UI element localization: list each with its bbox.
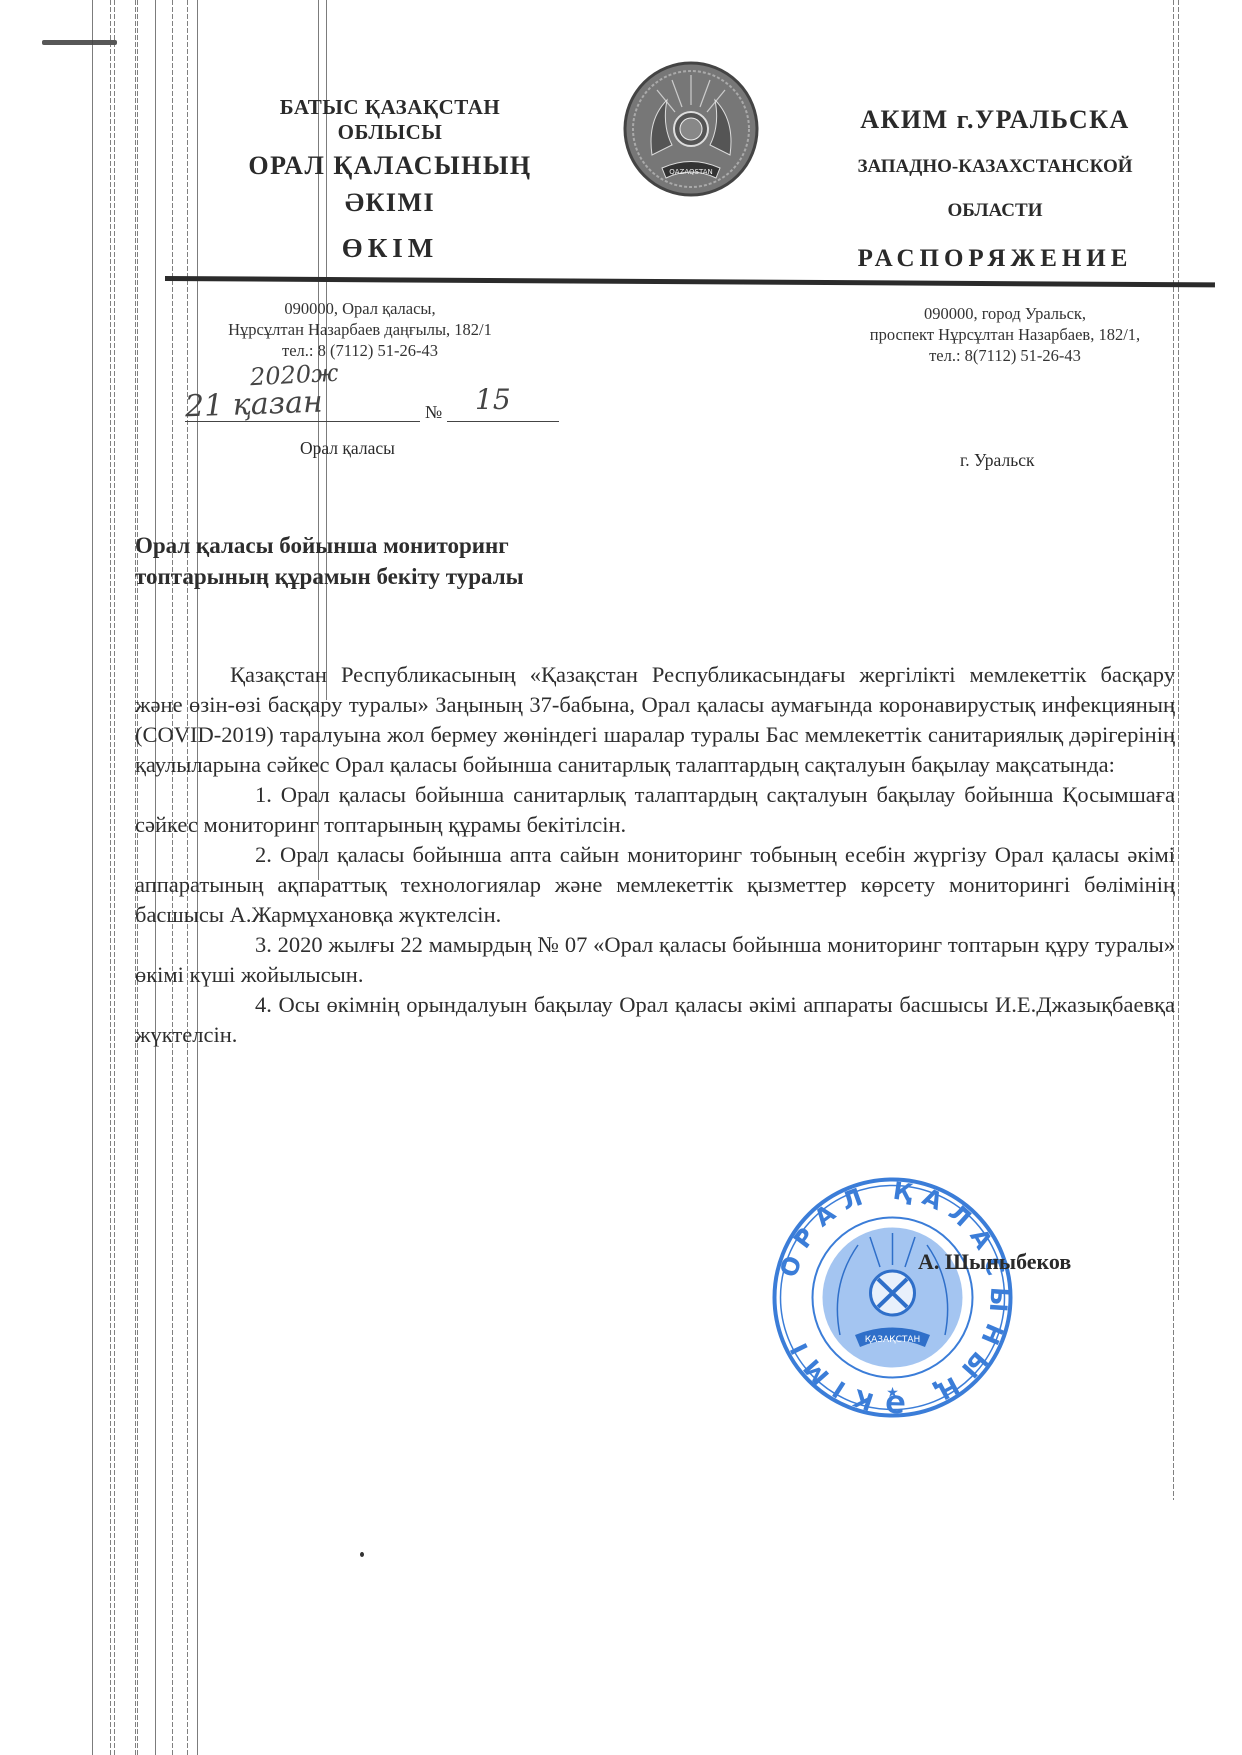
scan-line bbox=[110, 0, 111, 1755]
region-kz-line2: ОБЛЫСЫ bbox=[200, 120, 580, 145]
title-line2: топтарының құрамын бекіту туралы bbox=[135, 561, 524, 592]
signatory-name: А. Шыныбеков bbox=[918, 1249, 1071, 1275]
preamble: Қазақстан Республикасының «Қазақстан Рес… bbox=[135, 660, 1175, 780]
doc-type-kz: ӨКІМ bbox=[200, 233, 580, 264]
address-kazakh: 090000, Орал қаласы, Нұрсұлтан Назарбаев… bbox=[190, 298, 530, 361]
document-body: Қазақстан Республикасының «Қазақстан Рес… bbox=[135, 660, 1175, 1050]
number-underline bbox=[447, 421, 559, 422]
scan-line bbox=[114, 0, 115, 1755]
svg-text:ҚАЗАҚСТАН: ҚАЗАҚСТАН bbox=[865, 1335, 921, 1345]
authority-ru: АКИМ г.УРАЛЬСКА bbox=[800, 105, 1190, 135]
address-kz-line2: Нұрсұлтан Назарбаев даңғылы, 182/1 bbox=[190, 319, 530, 340]
svg-text:QAZAQSTAN: QAZAQSTAN bbox=[669, 168, 712, 176]
city-kazakh: Орал қаласы bbox=[300, 438, 395, 459]
kazakhstan-emblem-icon: QAZAQSTAN bbox=[622, 60, 760, 198]
document-title: Орал қаласы бойынша мониторинг топтарыны… bbox=[135, 530, 524, 592]
authority-kz-line1: ОРАЛ ҚАЛАСЫНЫҢ bbox=[200, 149, 580, 182]
region-ru-line2: ОБЛАСТИ bbox=[800, 199, 1190, 223]
region-ru-line1: ЗАПАДНО-КАЗАХСТАНСКОЙ bbox=[800, 155, 1190, 179]
scan-line bbox=[92, 0, 93, 1755]
address-kz-line1: 090000, Орал қаласы, bbox=[190, 298, 530, 319]
doc-type-ru: РАСПОРЯЖЕНИЕ bbox=[800, 245, 1190, 273]
svg-text:★: ★ bbox=[886, 1385, 899, 1401]
date-underline bbox=[185, 421, 420, 422]
header-russian: АКИМ г.УРАЛЬСКА ЗАПАДНО-КАЗАХСТАНСКОЙ ОБ… bbox=[800, 95, 1190, 273]
address-ru-line1: 090000, город Уральск, bbox=[830, 303, 1180, 324]
address-kz-phone: тел.: 8 (7112) 51-26-43 bbox=[190, 340, 530, 361]
title-line1: Орал қаласы бойынша мониторинг bbox=[135, 530, 524, 561]
handwritten-date: 21 қазан bbox=[184, 385, 323, 425]
scan-smudge bbox=[42, 40, 117, 45]
address-ru-phone: тел.: 8(7112) 51-26-43 bbox=[830, 345, 1180, 366]
city-russian: г. Уральск bbox=[960, 450, 1034, 471]
list-item: 1. Орал қаласы бойынша санитарлық талапт… bbox=[135, 780, 1175, 840]
scan-speck bbox=[360, 1552, 364, 1557]
address-russian: 090000, город Уральск, проспект Нұрсұлта… bbox=[830, 303, 1180, 366]
address-ru-line2: проспект Нұрсұлтан Назарбаев, 182/1, bbox=[830, 324, 1180, 345]
number-sign: № bbox=[425, 402, 442, 423]
official-seal-icon: ОРАЛ ҚАЛАСЫНЫҢ ӘКІМІ ҚАЗАҚСТАН ★ bbox=[770, 1175, 1015, 1420]
list-item: 2. Орал қаласы бойынша апта сайын монито… bbox=[135, 840, 1175, 930]
header-divider bbox=[165, 276, 1215, 287]
list-item: 3. 2020 жылғы 22 мамырдың № 07 «Орал қал… bbox=[135, 930, 1175, 990]
region-kz-line1: БАТЫС ҚАЗАҚСТАН bbox=[200, 95, 580, 120]
date-number-block: 2020ж 21 қазан № 15 bbox=[185, 365, 565, 425]
handwritten-number: 15 bbox=[475, 383, 511, 416]
authority-kz-line2: ӘКІМІ bbox=[200, 186, 580, 219]
list-item: 4. Осы өкімнің орындалуын бақылау Орал қ… bbox=[135, 990, 1175, 1050]
header-kazakh: БАТЫС ҚАЗАҚСТАН ОБЛЫСЫ ОРАЛ ҚАЛАСЫНЫҢ ӘК… bbox=[200, 95, 580, 264]
